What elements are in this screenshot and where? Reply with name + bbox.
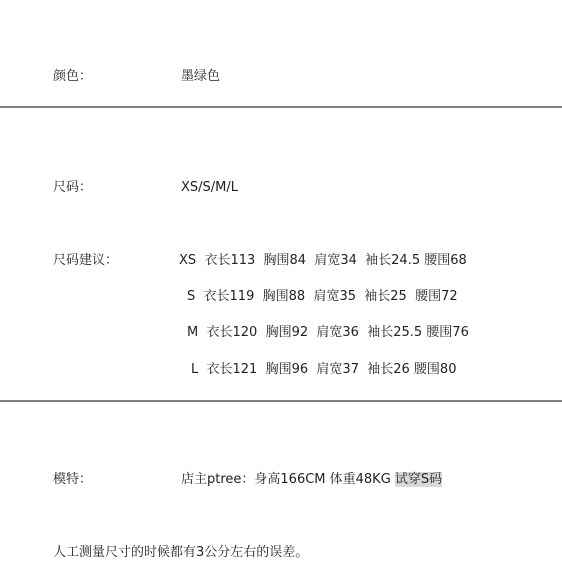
model-value: 店主ptree：身高166CM 体重48KG 试穿S码 (181, 470, 442, 490)
chest: 胸围92 (266, 325, 309, 340)
model-label: 模特： (53, 470, 92, 490)
color-value: 墨绿色 (181, 67, 220, 87)
length: 衣长119 (204, 289, 255, 304)
size-advice-line-xs: XS 衣长113 胸围84 肩宽34 袖长24.5 腰围68 (179, 251, 467, 271)
size-code: XS (179, 253, 196, 268)
shoulder: 肩宽36 (316, 325, 359, 340)
chest: 胸围96 (266, 362, 309, 377)
size-advice-line-l: L 衣长121 胸围96 肩宽37 袖长26 腰围80 (191, 360, 456, 380)
divider-top (0, 106, 562, 108)
size-code: M (187, 325, 198, 340)
shoulder: 肩宽35 (313, 289, 356, 304)
chest: 胸围84 (264, 253, 307, 268)
model-row: 模特： 店主ptree：身高166CM 体重48KG 试穿S码 (0, 470, 562, 490)
size-code: L (191, 362, 198, 377)
waist: 腰围68 (424, 253, 467, 268)
size-code: S (187, 289, 195, 304)
color-label: 颜色： (53, 67, 92, 87)
size-value: XS/S/M/L (181, 178, 238, 198)
waist: 腰围80 (414, 362, 457, 377)
model-fit-size-highlight: 试穿S码 (395, 472, 442, 487)
shoulder: 肩宽37 (316, 362, 359, 377)
chest: 胸围88 (263, 289, 306, 304)
waist: 腰围72 (415, 289, 458, 304)
size-row: 尺码： XS/S/M/L (0, 178, 562, 198)
measurement-note-row: 人工测量尺寸的时候都有3公分左右的误差。 (0, 543, 562, 563)
size-advice-line-m: M 衣长120 胸围92 肩宽36 袖长25.5 腰围76 (187, 323, 469, 343)
sleeve: 袖长24.5 (365, 253, 420, 268)
length: 衣长113 (204, 253, 255, 268)
waist: 腰围76 (426, 325, 469, 340)
sleeve: 袖长25 (364, 289, 407, 304)
length: 衣长120 (206, 325, 257, 340)
length: 衣长121 (207, 362, 258, 377)
model-info: 店主ptree：身高166CM 体重48KG (181, 472, 395, 487)
shoulder: 肩宽34 (314, 253, 357, 268)
sleeve: 袖长25.5 (367, 325, 422, 340)
color-row: 颜色： 墨绿色 (0, 67, 562, 87)
size-advice-line-s: S 衣长119 胸围88 肩宽35 袖长25 腰围72 (187, 287, 458, 307)
measurement-note: 人工测量尺寸的时候都有3公分左右的误差。 (53, 543, 308, 563)
sleeve: 袖长26 (367, 362, 410, 377)
divider-bottom (0, 400, 562, 402)
size-label: 尺码： (53, 178, 92, 198)
size-advice-label: 尺码建议： (53, 251, 118, 271)
